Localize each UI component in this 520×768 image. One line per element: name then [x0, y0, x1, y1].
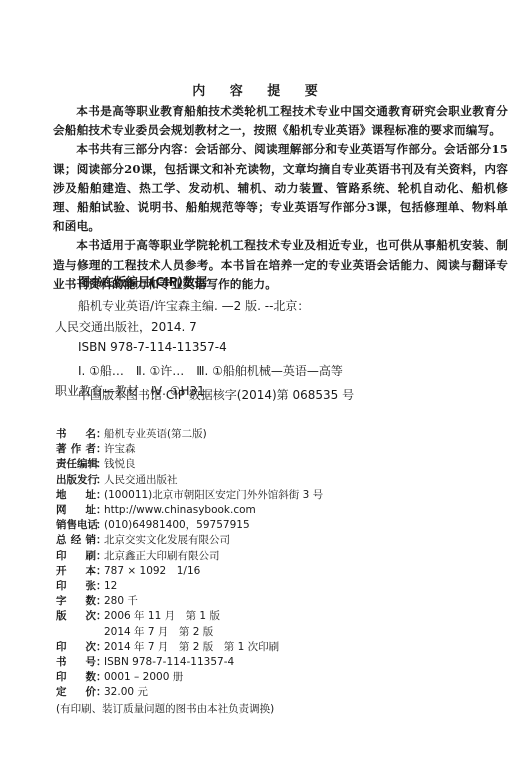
colophon-value: 人民交通出版社 [104, 473, 178, 488]
colophon-row: 出版发行：人民交通出版社 [56, 473, 323, 488]
colophon-label-char: 作 [71, 442, 82, 457]
colophon-row: 网址：http://www.chinasybook.com [56, 503, 323, 518]
colophon-value: 12 [104, 579, 117, 594]
colophon-label-char: 名 [86, 427, 97, 442]
summary-body: 本书是高等职业教育船舶技术类轮机工程技术专业中国交通教育研究会职业教育分会船舶技… [53, 102, 508, 294]
colophon-label-char: 电 [77, 518, 88, 533]
colophon-label: 印次 [56, 640, 96, 655]
colophon-label: 印刷 [56, 549, 96, 564]
colophon-label-char: 张 [86, 579, 97, 594]
colophon-label-char: 著 [56, 442, 67, 457]
colophon-label: 印张 [56, 579, 96, 594]
colophon-row: 著作者：许宝森 [56, 442, 323, 457]
colophon-label: 书名 [56, 427, 96, 442]
colophon-value: 许宝森 [104, 442, 136, 457]
colophon-row: 责任编辑：钱悦良 [56, 457, 323, 472]
colophon-colon: ： [96, 427, 104, 442]
colophon-label: 定价 [56, 685, 96, 700]
colophon-label-char: 经 [71, 533, 82, 548]
colophon-value: 钱悦良 [104, 457, 136, 472]
colophon-label: 总经销 [56, 533, 96, 548]
colophon-colon: ： [96, 473, 104, 488]
colophon-row: 版次：2006 年 11 月 第 1 版 [56, 609, 323, 624]
colophon-value: 2006 年 11 月 第 1 版 [104, 609, 220, 624]
colophon-colon: ： [96, 609, 104, 624]
colophon-label: 印数 [56, 670, 96, 685]
colophon-label-char: 址 [86, 503, 97, 518]
cip-line: Ⅰ. ①船… Ⅱ. ①许… Ⅲ. ①船舶机械—英语—高等 [55, 361, 455, 382]
colophon-label-char: 价 [86, 685, 97, 700]
colophon-label-char: 网 [56, 503, 67, 518]
colophon-colon: ： [96, 518, 104, 533]
colophon-label-char: 发 [77, 473, 88, 488]
colophon-label-char: 书 [56, 655, 67, 670]
book-copyright-page: 内 容 提 要 本书是高等职业教育船舶技术类轮机工程技术专业中国交通教育研究会职… [0, 0, 520, 768]
colophon-row: 地址：(100011)北京市朝阳区安定门外外馆斜街 3 号 [56, 488, 323, 503]
colophon-label-char: 地 [56, 488, 67, 503]
colophon-label-char: 版 [67, 473, 78, 488]
colophon-label-char: 开 [56, 564, 67, 579]
colophon-colon: ： [96, 564, 104, 579]
colophon-label-char: 数 [86, 670, 97, 685]
colophon-colon: ： [96, 457, 104, 472]
colophon-row: 字数：280 千 [56, 594, 323, 609]
colophon-colon: ： [96, 670, 104, 685]
colophon-colon: ： [96, 533, 104, 548]
colophon-colon: ： [96, 655, 104, 670]
colophon-label-char: 本 [86, 564, 97, 579]
colophon-label-char: 定 [56, 685, 67, 700]
colophon-label-char: 号 [86, 655, 97, 670]
colophon-colon: ： [96, 594, 104, 609]
colophon-label: 责任编辑 [56, 457, 96, 472]
colophon-row: 书名：船机专业英语(第二版) [56, 427, 323, 442]
colophon-value: (010)64981400，59757915 [104, 518, 250, 533]
colophon-label-char: 编 [77, 457, 88, 472]
cip-line: 人民交通出版社，2014. 7 [55, 317, 455, 338]
cip-isbn: ISBN 978-7-114-11357-4 [55, 337, 455, 358]
colophon: 书名：船机专业英语(第二版)著作者：许宝森责任编辑：钱悦良出版发行：人民交通出版… [56, 427, 323, 717]
colophon-note: (有印刷、装订质量问题的图书由本社负责调换) [56, 702, 323, 717]
colophon-label: 字数 [56, 594, 96, 609]
colophon-label: 版次 [56, 609, 96, 624]
colophon-colon: ： [96, 640, 104, 655]
colophon-row: 开本：787 × 1092 1/16 [56, 564, 323, 579]
colophon-label-char: 销 [86, 533, 97, 548]
colophon-value: 北京交实文化发展有限公司 [104, 533, 230, 548]
colophon-value: http://www.chinasybook.com [104, 503, 256, 518]
colophon-colon: ： [96, 549, 104, 564]
colophon-row: 销售电话：(010)64981400，59757915 [56, 518, 323, 533]
cip-line: 船机专业英语/许宝森主编. —2 版. --北京： [55, 296, 455, 317]
colophon-label-char: 址 [86, 488, 97, 503]
colophon-row: 印数：0001 – 2000 册 [56, 670, 323, 685]
colophon-label-char: 出 [56, 473, 67, 488]
colophon-label-char: 次 [86, 609, 97, 624]
colophon-label-char: 数 [86, 594, 97, 609]
colophon-value: (100011)北京市朝阳区安定门外外馆斜街 3 号 [104, 488, 323, 503]
colophon-row: 2014 年 7 月 第 2 版 [56, 625, 323, 640]
colophon-label-char: 字 [56, 594, 67, 609]
colophon-label-char: 印 [56, 640, 67, 655]
colophon-label-char: 责 [56, 457, 67, 472]
colophon-label-char: 任 [67, 457, 78, 472]
colophon-label-char: 次 [86, 640, 97, 655]
colophon-label-char: 者 [86, 442, 97, 457]
colophon-label: 著作者 [56, 442, 96, 457]
colophon-label-char: 印 [56, 549, 67, 564]
colophon-colon: ： [96, 488, 104, 503]
colophon-label-char: 销 [56, 518, 67, 533]
colophon-value: 2014 年 7 月 第 2 版 第 1 次印刷 [104, 640, 279, 655]
colophon-value: ISBN 978-7-114-11357-4 [104, 655, 234, 670]
colophon-value: 32.00 元 [104, 685, 148, 700]
colophon-row: 印张：12 [56, 579, 323, 594]
colophon-label: 出版发行 [56, 473, 96, 488]
colophon-row: 印刷：北京鑫正大印刷有限公司 [56, 549, 323, 564]
colophon-label-char: 印 [56, 670, 67, 685]
colophon-colon: ： [96, 503, 104, 518]
colophon-label-char: 书 [56, 427, 67, 442]
colophon-label-char: 印 [56, 579, 67, 594]
colophon-label-char: 刷 [86, 549, 97, 564]
colophon-value: 2014 年 7 月 第 2 版 [56, 625, 213, 640]
cip-check-number: 中国版本图书馆 CIP 数据核字(2014)第 068535 号 [78, 386, 354, 403]
colophon-value: 787 × 1092 1/16 [104, 564, 200, 579]
colophon-value: 280 千 [104, 594, 138, 609]
colophon-label-char: 版 [56, 609, 67, 624]
colophon-label: 销售电话 [56, 518, 96, 533]
summary-paragraph: 本书是高等职业教育船舶技术类轮机工程技术专业中国交通教育研究会职业教育分会船舶技… [53, 102, 508, 140]
colophon-label: 网址 [56, 503, 96, 518]
colophon-row: 印次：2014 年 7 月 第 2 版 第 1 次印刷 [56, 640, 323, 655]
colophon-label: 书号 [56, 655, 96, 670]
cip-heading: 图书在版编目(CIP)数据 [78, 273, 207, 290]
colophon-label: 开本 [56, 564, 96, 579]
colophon-label-char: 售 [67, 518, 78, 533]
colophon-label: 地址 [56, 488, 96, 503]
colophon-label-char: 总 [56, 533, 67, 548]
colophon-colon: ： [96, 442, 104, 457]
colophon-colon: ： [96, 685, 104, 700]
summary-paragraph: 本书共有三部分内容：会话部分、阅读理解部分和专业英语写作部分。会话部分15课；阅… [53, 140, 508, 236]
colophon-colon: ： [96, 579, 104, 594]
colophon-value: 0001 – 2000 册 [104, 670, 183, 685]
colophon-value: 船机专业英语(第二版) [104, 427, 207, 442]
summary-title: 内 容 提 要 [0, 80, 520, 99]
colophon-row: 总经销：北京交实文化发展有限公司 [56, 533, 323, 548]
colophon-row: 书号：ISBN 978-7-114-11357-4 [56, 655, 323, 670]
colophon-row: 定价：32.00 元 [56, 685, 323, 700]
colophon-value: 北京鑫正大印刷有限公司 [104, 549, 220, 564]
